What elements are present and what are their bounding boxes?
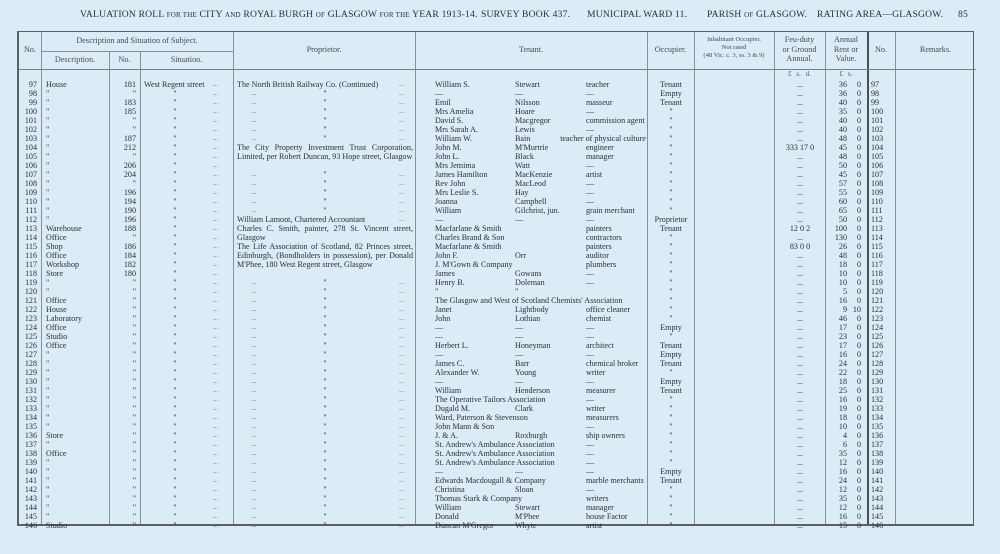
row-proprietor-dots-end: ... — [399, 431, 404, 440]
row-feu-duty: ... — [776, 377, 824, 386]
row-occupation: measurers — [586, 413, 646, 422]
row-rent-pounds: 10 — [825, 422, 847, 431]
row-situation: " — [140, 116, 210, 125]
row-description: " — [46, 485, 108, 494]
row-proprietor-dots-end: ... — [399, 125, 404, 134]
row-number: " — [109, 422, 136, 431]
row-rent-pounds: 16 — [825, 467, 847, 476]
row-situation: " — [140, 422, 210, 431]
row-number: " — [109, 116, 136, 125]
row-number: 196 — [109, 188, 136, 197]
row-occupation: — — [586, 422, 646, 431]
col-inhabitant: Inhabitant Occupier. Not rated (48 Vic. … — [694, 36, 774, 60]
row-occupation: marble merchants — [586, 476, 646, 485]
row-tenant-first: — — [435, 215, 513, 224]
row-feu-duty: 12 0 2 — [776, 224, 824, 233]
row-no-right: 124 — [871, 323, 893, 332]
row-situation: " — [140, 215, 210, 224]
row-no-right: 104 — [871, 143, 893, 152]
row-feu-duty: ... — [776, 332, 824, 341]
row-situation: " — [140, 296, 210, 305]
row-proprietor-ditto: " — [319, 422, 331, 431]
row-rent-shillings: 0 — [849, 251, 861, 260]
row-proprietor-dots-end: ... — [399, 476, 404, 485]
row-proprietor-dots: ... — [251, 431, 256, 440]
row-number: 183 — [109, 98, 136, 107]
row-number: 194 — [109, 197, 136, 206]
row-occupation: plumbers — [586, 260, 646, 269]
row-tenant-surname: Sloan — [515, 485, 591, 494]
row-tenant-first: John L. — [435, 152, 513, 161]
row-situation: " — [140, 332, 210, 341]
row-occupier: " — [649, 170, 693, 179]
row-proprietor-ditto: " — [319, 125, 331, 134]
row-no: 99 — [19, 98, 37, 107]
row-description: " — [46, 413, 108, 422]
row-proprietor-ditto: " — [319, 332, 331, 341]
row-description: " — [46, 512, 108, 521]
table-row: 97House181West Regent street......Willia… — [19, 80, 976, 89]
row-rent-pounds: 9 — [825, 305, 847, 314]
row-rent-shillings: 0 — [849, 278, 861, 287]
row-rent-pounds: 16 — [825, 296, 847, 305]
row-description: " — [46, 179, 108, 188]
row-proprietor-dots-end: ... — [399, 80, 404, 89]
table-row: 125Studio""......"...———"...230125 — [19, 332, 976, 341]
row-proprietor-dots: ... — [251, 179, 256, 188]
row-proprietor-dots-end: ... — [399, 305, 404, 314]
row-situation-dots: ... — [213, 476, 231, 485]
row-description: " — [46, 395, 108, 404]
row-no: 125 — [19, 332, 37, 341]
row-feu-duty: ... — [776, 386, 824, 395]
row-situation-dots: ... — [213, 269, 231, 278]
row-no-right: 136 — [871, 431, 893, 440]
row-occupation: writer — [586, 404, 646, 413]
row-tenant-first: John F. — [435, 251, 513, 260]
row-no-right: 108 — [871, 179, 893, 188]
row-occupation: — — [586, 215, 646, 224]
row-occupier: " — [649, 431, 693, 440]
row-tenant-first: William S. — [435, 80, 513, 89]
table-row: 107"204"......"...James HamiltonMacKenzi… — [19, 170, 976, 179]
row-proprietor-ditto: " — [319, 521, 331, 530]
row-proprietor-dots: ... — [251, 197, 256, 206]
table-row: 136Store""......"...J. & A.Roxburghship … — [19, 431, 976, 440]
row-rent-pounds: 55 — [825, 188, 847, 197]
row-number: 187 — [109, 134, 136, 143]
row-occupation: architect — [586, 341, 646, 350]
row-rent-shillings: 0 — [849, 242, 861, 251]
row-no-right: 133 — [871, 404, 893, 413]
row-rent-shillings: 0 — [849, 404, 861, 413]
row-situation-dots: ... — [213, 179, 231, 188]
row-feu-duty: ... — [776, 89, 824, 98]
row-occupier: " — [649, 512, 693, 521]
row-proprietor-dots: ... — [251, 386, 256, 395]
row-number: " — [109, 395, 136, 404]
table-row: 146Studio""......"...Duncan M'GregorWhyt… — [19, 521, 976, 530]
row-rent-shillings: 0 — [849, 287, 861, 296]
row-occupation: measurer — [586, 386, 646, 395]
table-row: 131"""......"...WilliamHendersonmeasurer… — [19, 386, 976, 395]
row-number: 188 — [109, 224, 136, 233]
row-situation-dots: ... — [213, 305, 231, 314]
row-feu-duty: ... — [776, 215, 824, 224]
row-situation: " — [140, 143, 210, 152]
row-proprietor-dots: ... — [251, 422, 256, 431]
row-rent-pounds: 57 — [825, 179, 847, 188]
table-row: 142"""......"...ChristinaSloan—"...12014… — [19, 485, 976, 494]
table-row: 129"""......"...Alexander W.Youngwriter"… — [19, 368, 976, 377]
row-proprietor-dots-end: ... — [399, 350, 404, 359]
row-number: " — [109, 404, 136, 413]
row-tenant-first: — — [435, 323, 513, 332]
row-no: 133 — [19, 404, 37, 413]
row-tenant-surname: — — [515, 323, 591, 332]
row-situation-dots: ... — [213, 323, 231, 332]
row-rent-shillings: 0 — [849, 476, 861, 485]
row-no-right: 129 — [871, 368, 893, 377]
row-tenant-name: The Glasgow and West of Scotland Chemist… — [435, 296, 645, 305]
row-no: 118 — [19, 269, 37, 278]
row-rent-shillings: 0 — [849, 98, 861, 107]
row-situation-dots: ... — [213, 188, 231, 197]
row-situation-dots: ... — [213, 341, 231, 350]
row-no-right: 134 — [871, 413, 893, 422]
row-occupation: office cleaner — [586, 305, 646, 314]
row-description: " — [46, 467, 108, 476]
row-no: 141 — [19, 476, 37, 485]
row-number: 185 — [109, 107, 136, 116]
row-tenant-surname: Lewis — [515, 125, 591, 134]
row-occupation: chemical broker — [586, 359, 646, 368]
row-occupier: " — [649, 305, 693, 314]
row-rent-pounds: 12 — [825, 458, 847, 467]
row-tenant-surname: Black — [515, 152, 591, 161]
row-proprietor-ditto: " — [319, 377, 331, 386]
row-number: " — [109, 368, 136, 377]
row-rent-shillings: 0 — [849, 323, 861, 332]
row-proprietor-ditto: " — [319, 440, 331, 449]
row-occupier: " — [649, 413, 693, 422]
row-tenant-surname: Clark — [515, 404, 591, 413]
row-occupier: " — [649, 134, 693, 143]
row-feu-duty: ... — [776, 170, 824, 179]
row-no-right: 106 — [871, 161, 893, 170]
row-number: " — [109, 458, 136, 467]
row-occupation: — — [586, 350, 646, 359]
row-rent-shillings: 0 — [849, 134, 861, 143]
row-tenant-surname: MacLeod — [515, 179, 591, 188]
row-no-right: 118 — [871, 269, 893, 278]
row-feu-duty: ... — [776, 206, 824, 215]
row-proprietor-dots-end: ... — [399, 413, 404, 422]
row-occupier: Proprietor — [649, 215, 693, 224]
row-proprietor-ditto: " — [319, 404, 331, 413]
row-proprietor-ditto: " — [319, 503, 331, 512]
col-annual-rent: Annual Rent or Value. — [825, 35, 867, 64]
row-situation-dots: ... — [213, 512, 231, 521]
row-rent-shillings: 0 — [849, 233, 861, 242]
row-tenant-first: William — [435, 503, 513, 512]
row-no: 128 — [19, 359, 37, 368]
row-situation: " — [140, 251, 210, 260]
row-tenant-first: Janet — [435, 305, 513, 314]
row-tenant-surname: Gowans — [515, 269, 591, 278]
row-rent-shillings: 0 — [849, 269, 861, 278]
table-row: 138Office""......"...St. Andrew's Ambula… — [19, 449, 976, 458]
row-occupier: " — [649, 521, 693, 530]
row-no: 143 — [19, 494, 37, 503]
row-occupation: — — [586, 332, 646, 341]
row-situation: " — [140, 89, 210, 98]
row-no-right: 111 — [871, 206, 893, 215]
row-rent-shillings: 0 — [849, 368, 861, 377]
row-tenant-first: Herbert L. — [435, 341, 513, 350]
row-tenant-first: James — [435, 269, 513, 278]
row-occupation: artist — [586, 170, 646, 179]
row-occupation: — — [586, 485, 646, 494]
row-no: 103 — [19, 134, 37, 143]
row-occupier: Empty — [649, 350, 693, 359]
row-number: " — [109, 350, 136, 359]
row-number: " — [109, 503, 136, 512]
row-occupier: " — [649, 395, 693, 404]
row-no-right: 97 — [871, 80, 893, 89]
row-occupation: — — [586, 269, 646, 278]
header-title: VALUATION ROLL FOR THE CITY AND ROYAL BU… — [80, 9, 478, 20]
row-no-right: 120 — [871, 287, 893, 296]
row-no-right: 116 — [871, 251, 893, 260]
row-situation: West Regent street — [144, 80, 224, 89]
row-no: 110 — [19, 197, 37, 206]
row-rent-pounds: 24 — [825, 359, 847, 368]
row-description: " — [46, 476, 108, 485]
row-rent-shillings: 10 — [849, 305, 861, 314]
row-occupation: grain merchant — [586, 206, 646, 215]
row-situation-dots: ... — [213, 485, 231, 494]
row-tenant-surname: — — [515, 377, 591, 386]
row-tenant-first: Mrs Sarah A. — [435, 125, 513, 134]
row-no-right: 142 — [871, 485, 893, 494]
row-no: 135 — [19, 422, 37, 431]
row-rent-shillings: 0 — [849, 125, 861, 134]
row-no: 117 — [19, 260, 37, 269]
row-rent-shillings: 0 — [849, 431, 861, 440]
row-rent-pounds: 23 — [825, 332, 847, 341]
row-situation: " — [140, 521, 210, 530]
row-proprietor-dots-end: ... — [399, 449, 404, 458]
table-row: 119"""......"...Henry B.Doleman—"...1001… — [19, 278, 976, 287]
row-situation: " — [140, 485, 210, 494]
row-feu-duty: ... — [776, 278, 824, 287]
row-proprietor-ditto: " — [319, 134, 331, 143]
row-occupier: " — [649, 449, 693, 458]
row-rent-shillings: 0 — [849, 449, 861, 458]
row-rent-shillings: 0 — [849, 467, 861, 476]
row-rent-shillings: 0 — [849, 341, 861, 350]
row-tenant-first: — — [435, 89, 513, 98]
row-description: " — [46, 134, 108, 143]
row-number: " — [109, 521, 136, 530]
row-situation: " — [140, 377, 210, 386]
row-no: 115 — [19, 242, 37, 251]
row-no: 127 — [19, 350, 37, 359]
row-occupation: house Factor — [586, 512, 646, 521]
row-description: Studio — [46, 332, 108, 341]
row-no: 134 — [19, 413, 37, 422]
row-tenant-surname: — — [515, 89, 591, 98]
row-situation: " — [140, 152, 210, 161]
row-tenant-surname: MacKenzie — [515, 170, 591, 179]
row-feu-duty: ... — [776, 494, 824, 503]
row-situation: " — [140, 269, 210, 278]
row-no: 98 — [19, 89, 37, 98]
row-rent-pounds: 25 — [825, 386, 847, 395]
row-occupier: Tenant — [649, 476, 693, 485]
row-feu-duty: ... — [776, 233, 824, 242]
row-description: " — [46, 458, 108, 467]
row-tenant-surname: Orr — [515, 251, 591, 260]
row-proprietor-dots: ... — [251, 512, 256, 521]
row-situation: " — [140, 98, 210, 107]
row-occupier: " — [649, 161, 693, 170]
row-proprietor-ditto: " — [319, 494, 331, 503]
row-rent-shillings: 0 — [849, 395, 861, 404]
row-rent-pounds: 4 — [825, 431, 847, 440]
row-rent-pounds: 36 — [825, 80, 847, 89]
row-situation: " — [140, 314, 210, 323]
row-rent-shillings: 0 — [849, 503, 861, 512]
row-occupier: Tenant — [649, 386, 693, 395]
row-occupation: auditor — [586, 251, 646, 260]
row-proprietor-ditto: " — [319, 386, 331, 395]
row-no-right: 135 — [871, 422, 893, 431]
row-no-right: 130 — [871, 377, 893, 386]
row-number: 196 — [109, 215, 136, 224]
row-no: 101 — [19, 116, 37, 125]
row-situation: " — [140, 287, 210, 296]
row-no: 139 — [19, 458, 37, 467]
row-situation: " — [140, 503, 210, 512]
row-rent-pounds: 40 — [825, 125, 847, 134]
table-row: 139"""......"...St. Andrew's Ambulance A… — [19, 458, 976, 467]
row-rent-pounds: 48 — [825, 251, 847, 260]
row-feu-duty: ... — [776, 350, 824, 359]
row-no: 129 — [19, 368, 37, 377]
row-occupier: Empty — [649, 377, 693, 386]
row-tenant-first: " — [435, 287, 513, 296]
row-description: House — [46, 80, 108, 89]
row-rent-pounds: 60 — [825, 197, 847, 206]
row-tenant-first: James Hamilton — [435, 170, 513, 179]
row-proprietor-dots-end: ... — [399, 215, 404, 224]
row-proprietor-dots: ... — [251, 413, 256, 422]
row-rent-shillings: 0 — [849, 314, 861, 323]
row-proprietor-ditto: " — [319, 431, 331, 440]
row-rent-shillings: 0 — [849, 359, 861, 368]
row-situation: " — [140, 206, 210, 215]
row-situation-dots: ... — [213, 98, 231, 107]
table-row: 100"185"......"...Mrs AmeliaHoare—"...35… — [19, 107, 976, 116]
col-occupier: Occupier. — [647, 45, 694, 55]
row-tenant-first: William — [435, 386, 513, 395]
row-proprietor-ditto: " — [319, 323, 331, 332]
row-occupation: writer — [586, 368, 646, 377]
row-proprietor-ditto: " — [319, 467, 331, 476]
row-number: " — [109, 89, 136, 98]
row-no: 122 — [19, 305, 37, 314]
row-occupation: commission agent — [586, 116, 646, 125]
row-occupier: " — [649, 368, 693, 377]
row-occupier: " — [649, 242, 693, 251]
row-no-right: 100 — [871, 107, 893, 116]
row-situation: " — [140, 224, 210, 233]
row-rent-pounds: 40 — [825, 98, 847, 107]
row-no-right: 126 — [871, 341, 893, 350]
row-proprietor-dots: ... — [251, 323, 256, 332]
row-occupier: " — [649, 197, 693, 206]
row-proprietor-dots: ... — [251, 467, 256, 476]
row-tenant-surname: " — [515, 287, 591, 296]
row-feu-duty: ... — [776, 368, 824, 377]
row-no-right: 110 — [871, 197, 893, 206]
row-no-right: 101 — [871, 116, 893, 125]
row-no-right: 119 — [871, 278, 893, 287]
col-situation: Situation. — [140, 55, 233, 65]
row-description: " — [46, 422, 108, 431]
row-proprietor-dots-end: ... — [399, 197, 404, 206]
row-rent-shillings: 0 — [849, 188, 861, 197]
row-occupier: " — [649, 125, 693, 134]
col-number: No. — [109, 55, 140, 65]
row-rent-pounds: 16 — [825, 395, 847, 404]
row-occupier: " — [649, 440, 693, 449]
row-feu-duty: ... — [776, 125, 824, 134]
row-no-right: 115 — [871, 242, 893, 251]
row-tenant-surname: Roxburgh — [515, 431, 591, 440]
table-row: 114Office""...Charles Brand & Soncontrac… — [19, 233, 976, 242]
table-row: 111"190"......"...WilliamGilchrist, jun.… — [19, 206, 976, 215]
row-number: " — [109, 494, 136, 503]
row-description: Studio — [46, 521, 108, 530]
row-rent-shillings: 0 — [849, 215, 861, 224]
row-situation-dots: ... — [213, 449, 231, 458]
row-proprietor-dots-end: ... — [399, 314, 404, 323]
row-feu-duty: ... — [776, 341, 824, 350]
row-rent-pounds: 50 — [825, 215, 847, 224]
col-proprietor: Proprietor. — [233, 45, 415, 55]
row-occupation: — — [586, 179, 646, 188]
row-feu-duty: ... — [776, 269, 824, 278]
row-rent-shillings: 0 — [849, 377, 861, 386]
row-feu-duty: ... — [776, 476, 824, 485]
row-occupier: " — [649, 458, 693, 467]
row-situation-dots: ... — [213, 359, 231, 368]
row-tenant-surname: Hay — [515, 188, 591, 197]
row-tenant-surname: Doleman — [515, 278, 591, 287]
rating-area: RATING AREA—GLASGOW. — [817, 9, 943, 20]
row-occupier: " — [649, 485, 693, 494]
row-rent-shillings: 0 — [849, 332, 861, 341]
row-no-right: 114 — [871, 233, 893, 242]
row-tenant-first: John M. — [435, 143, 513, 152]
row-proprietor-ditto: " — [319, 476, 331, 485]
row-occupation: — — [586, 197, 646, 206]
row-situation-dots: ... — [213, 404, 231, 413]
row-rent-shillings: 0 — [849, 179, 861, 188]
